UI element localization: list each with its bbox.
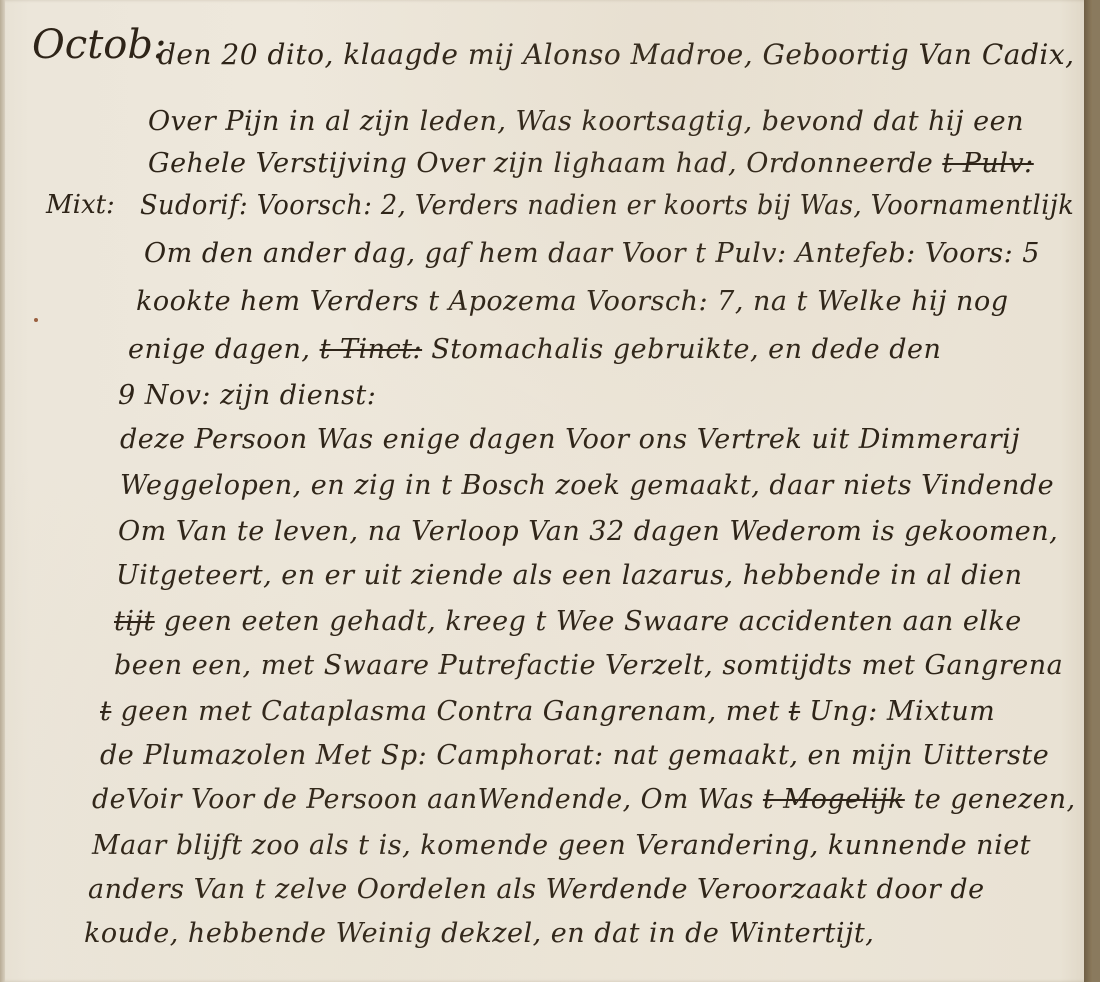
text-line-20: koude, hebbende Weinig dekzel, en dat in…	[84, 918, 874, 949]
text-line-10: Weggelopen, en zig in t Bosch zoek gemaa…	[120, 470, 1054, 501]
struck-text: t Mogelijk	[763, 784, 905, 815]
text-line-5: Om den ander dag, gaf hem daar Voor t Pu…	[144, 238, 1040, 269]
text-line-18: Maar blijft zoo als t is, komende geen V…	[92, 830, 1031, 861]
text-line-9: deze Persoon Was enige dagen Voor ons Ve…	[120, 424, 1020, 455]
manuscript-page: Octob: Mixt: den 20 dito, klaagde mij Al…	[0, 0, 1092, 982]
text-line-15: t geen met Cataplasma Contra Gangrenam, …	[100, 696, 995, 727]
struck-text: tijt	[114, 606, 155, 637]
margin-mixt-note: Mixt:	[46, 190, 115, 220]
text-line-17-rest: te genezen,	[914, 784, 1076, 815]
text-line-2: Over Pijn in al zijn leden, Was koortsag…	[148, 106, 1024, 137]
text-line-12: Uitgeteert, en er uit ziende als een laz…	[116, 560, 1023, 591]
page-left-edge	[0, 0, 5, 982]
text-line-13: tijt geen eeten gehadt, kreeg t Wee Swaa…	[114, 606, 1022, 637]
binding-edge	[1084, 0, 1092, 982]
text-line-3-main: Gehele Verstijving Over zijn lighaam had…	[148, 148, 933, 179]
margin-month-note: Octob:	[32, 22, 166, 68]
text-line-11: Om Van te leven, na Verloop Van 32 dagen…	[118, 516, 1058, 547]
text-line-7: enige dagen, t Tinct: Stomachalis gebrui…	[128, 334, 941, 365]
text-line-4: Sudorif: Voorsch: 2, Verders nadien er k…	[140, 190, 1074, 221]
text-line-7-rest: Stomachalis gebruikte, en dede den	[431, 334, 941, 365]
ink-spot	[34, 318, 38, 322]
text-line-17: deVoir Voor de Persoon aanWendende, Om W…	[92, 784, 1076, 815]
text-line-16: de Plumazolen Met Sp: Camphorat: nat gem…	[100, 740, 1049, 771]
struck-text: t	[100, 696, 111, 727]
text-line-19: anders Van t zelve Oordelen als Werdende…	[88, 874, 985, 905]
text-line-6: kookte hem Verders t Apozema Voorsch: 7,…	[136, 286, 1009, 317]
text-line-17-main: deVoir Voor de Persoon aanWendende, Om W…	[92, 784, 754, 815]
text-line-8: 9 Nov: zijn dienst:	[118, 380, 376, 411]
struck-text: t Tinct:	[320, 334, 423, 365]
text-line-15-main: geen met Cataplasma Contra Gangrenam, me…	[120, 696, 779, 727]
text-line-1: den 20 dito, klaagde mij Alonso Madroe, …	[158, 38, 1075, 71]
text-line-13-main: geen eeten gehadt, kreeg	[164, 606, 527, 637]
struck-text: t Pulv:	[942, 148, 1033, 179]
text-line-3: Gehele Verstijving Over zijn lighaam had…	[148, 148, 1034, 179]
text-line-14: been een, met Swaare Putrefactie Verzelt…	[114, 650, 1063, 681]
struck-text: t	[789, 696, 800, 727]
text-line-13-rest: t Wee Swaare accidenten aan elke	[535, 606, 1021, 637]
text-line-7-main: enige dagen,	[128, 334, 310, 365]
text-line-15-rest: Ung: Mixtum	[809, 696, 995, 727]
